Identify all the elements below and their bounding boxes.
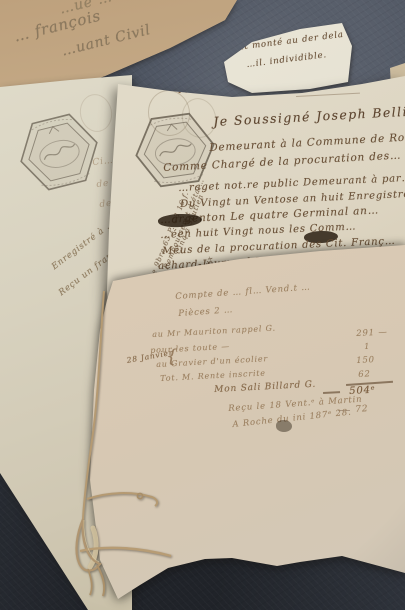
photo-of-old-manuscripts: …ue …Vau … françois …uant Civil le ce: [0, 0, 405, 610]
fabric-texture: [0, 0, 405, 610]
